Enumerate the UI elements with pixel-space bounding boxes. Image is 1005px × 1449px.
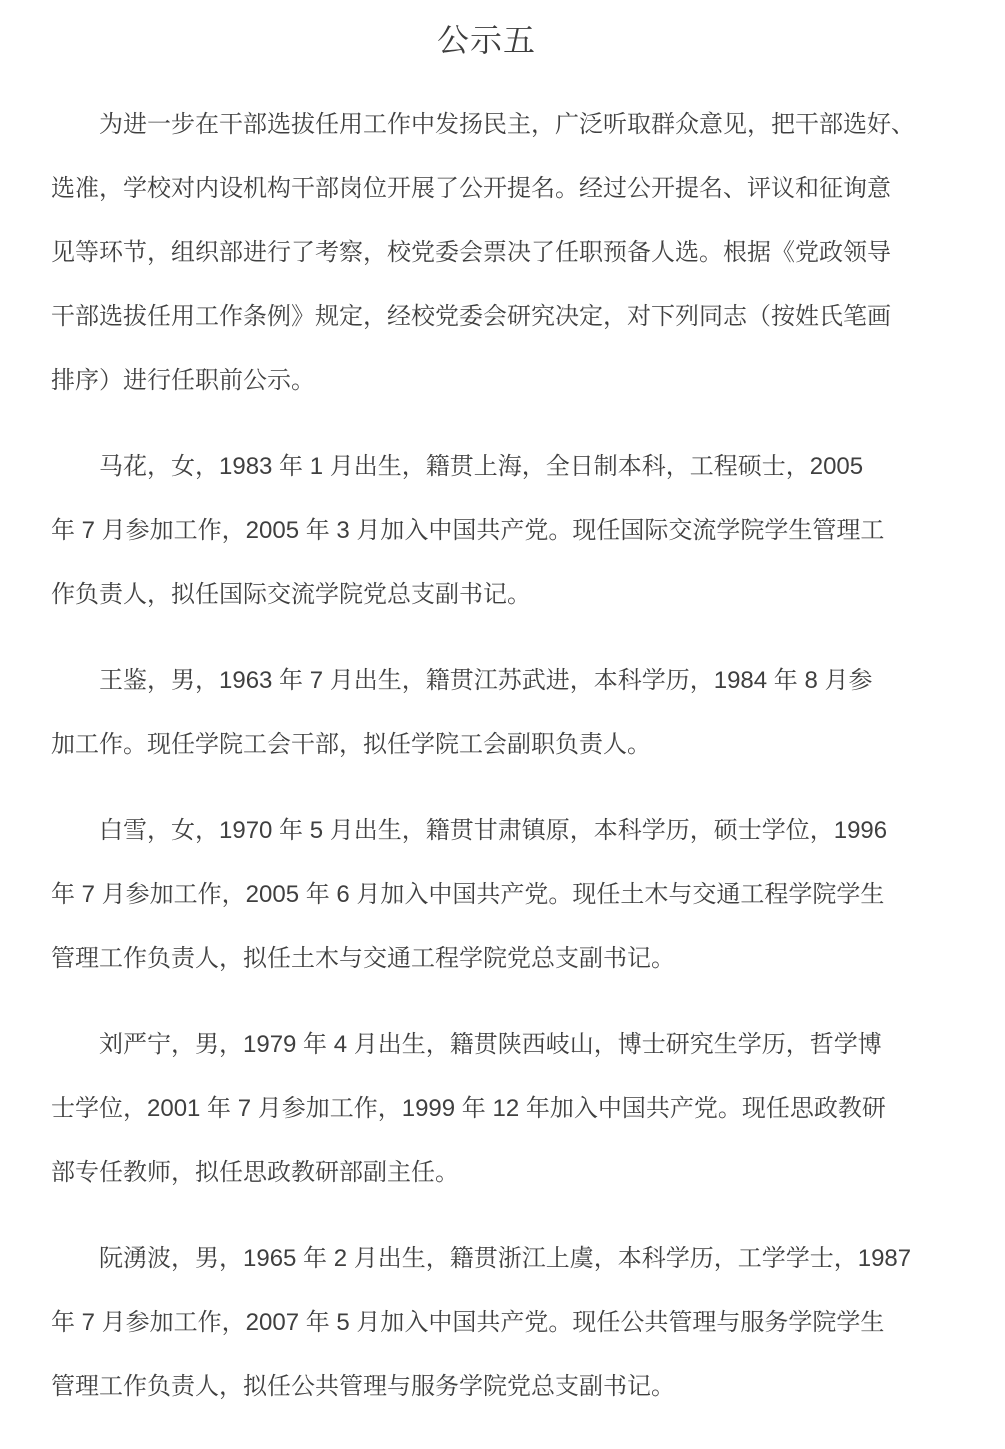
document-page: 公示五 为进一步在干部选拔任用工作中发扬民主，广泛听取群众意见，把干部选好、 选… <box>0 0 1005 1449</box>
paragraph: 为进一步在干部选拔任用工作中发扬民主，广泛听取群众意见，把干部选好、 选准，学校… <box>51 93 922 413</box>
page-title: 公示五 <box>51 22 922 58</box>
paragraph: 王鉴，男，1963 年 7 月出生，籍贯江苏武进，本科学历，1984 年 8 月… <box>51 649 922 777</box>
paragraph: 马花，女，1983 年 1 月出生，籍贯上海，全日制本科，工程硕士，2005 年… <box>51 435 922 627</box>
paragraph: 阮湧波，男，1965 年 2 月出生，籍贯浙江上虞，本科学历，工学学士，1987… <box>51 1227 922 1419</box>
paragraph: 刘严宁，男，1979 年 4 月出生，籍贯陕西岐山，博士研究生学历，哲学博 士学… <box>51 1013 922 1205</box>
body-paragraphs: 为进一步在干部选拔任用工作中发扬民主，广泛听取群众意见，把干部选好、 选准，学校… <box>51 93 922 1419</box>
paragraph: 白雪，女，1970 年 5 月出生，籍贯甘肃镇原，本科学历，硕士学位，1996 … <box>51 799 922 991</box>
